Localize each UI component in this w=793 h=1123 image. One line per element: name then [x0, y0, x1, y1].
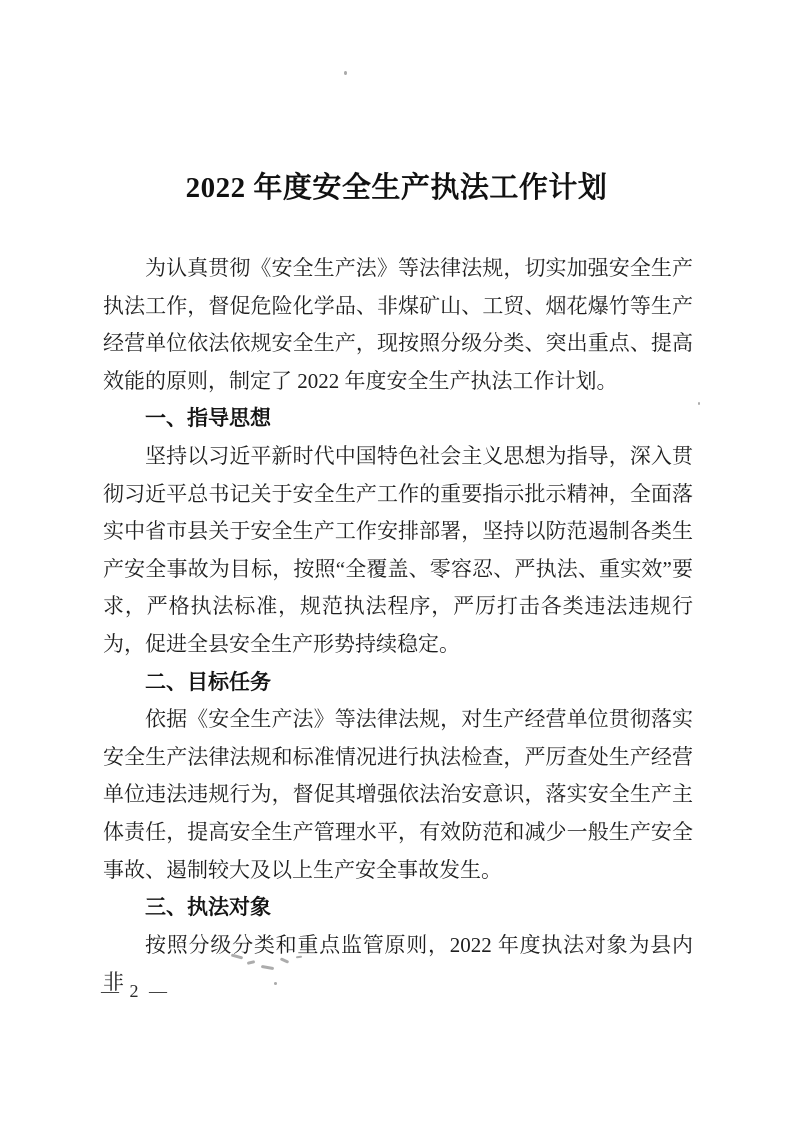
- document-page: 2022 年度安全生产执法工作计划 为认真贯彻《安全生产法》等法律法规，切实加强…: [0, 0, 793, 1123]
- section-heading-2: 二、目标任务: [103, 664, 693, 702]
- section-2-paragraph: 依据《安全生产法》等法律法规，对生产经营单位贯彻落实安全生产法律法规和标准情况进…: [103, 701, 693, 889]
- section-1-paragraph: 坚持以习近平新时代中国特色社会主义思想为指导，深入贯彻习近平总书记关于安全生产工…: [103, 438, 693, 664]
- page-number: — 2 —: [101, 981, 170, 1002]
- scan-artifact: [344, 71, 347, 75]
- intro-paragraph: 为认真贯彻《安全生产法》等法律法规，切实加强安全生产执法工作，督促危险化学品、非…: [103, 250, 693, 400]
- scan-artifact: [274, 982, 277, 985]
- document-body: 为认真贯彻《安全生产法》等法律法规，切实加强安全生产执法工作，督促危险化学品、非…: [103, 250, 693, 1002]
- page-title: 2022 年度安全生产执法工作计划: [0, 165, 793, 206]
- section-3-paragraph: 按照分级分类和重点监管原则，2022 年度执法对象为县内非: [103, 927, 693, 1002]
- section-heading-1: 一、指导思想: [103, 400, 693, 438]
- scan-artifact: [698, 402, 700, 405]
- section-heading-3: 三、执法对象: [103, 889, 693, 927]
